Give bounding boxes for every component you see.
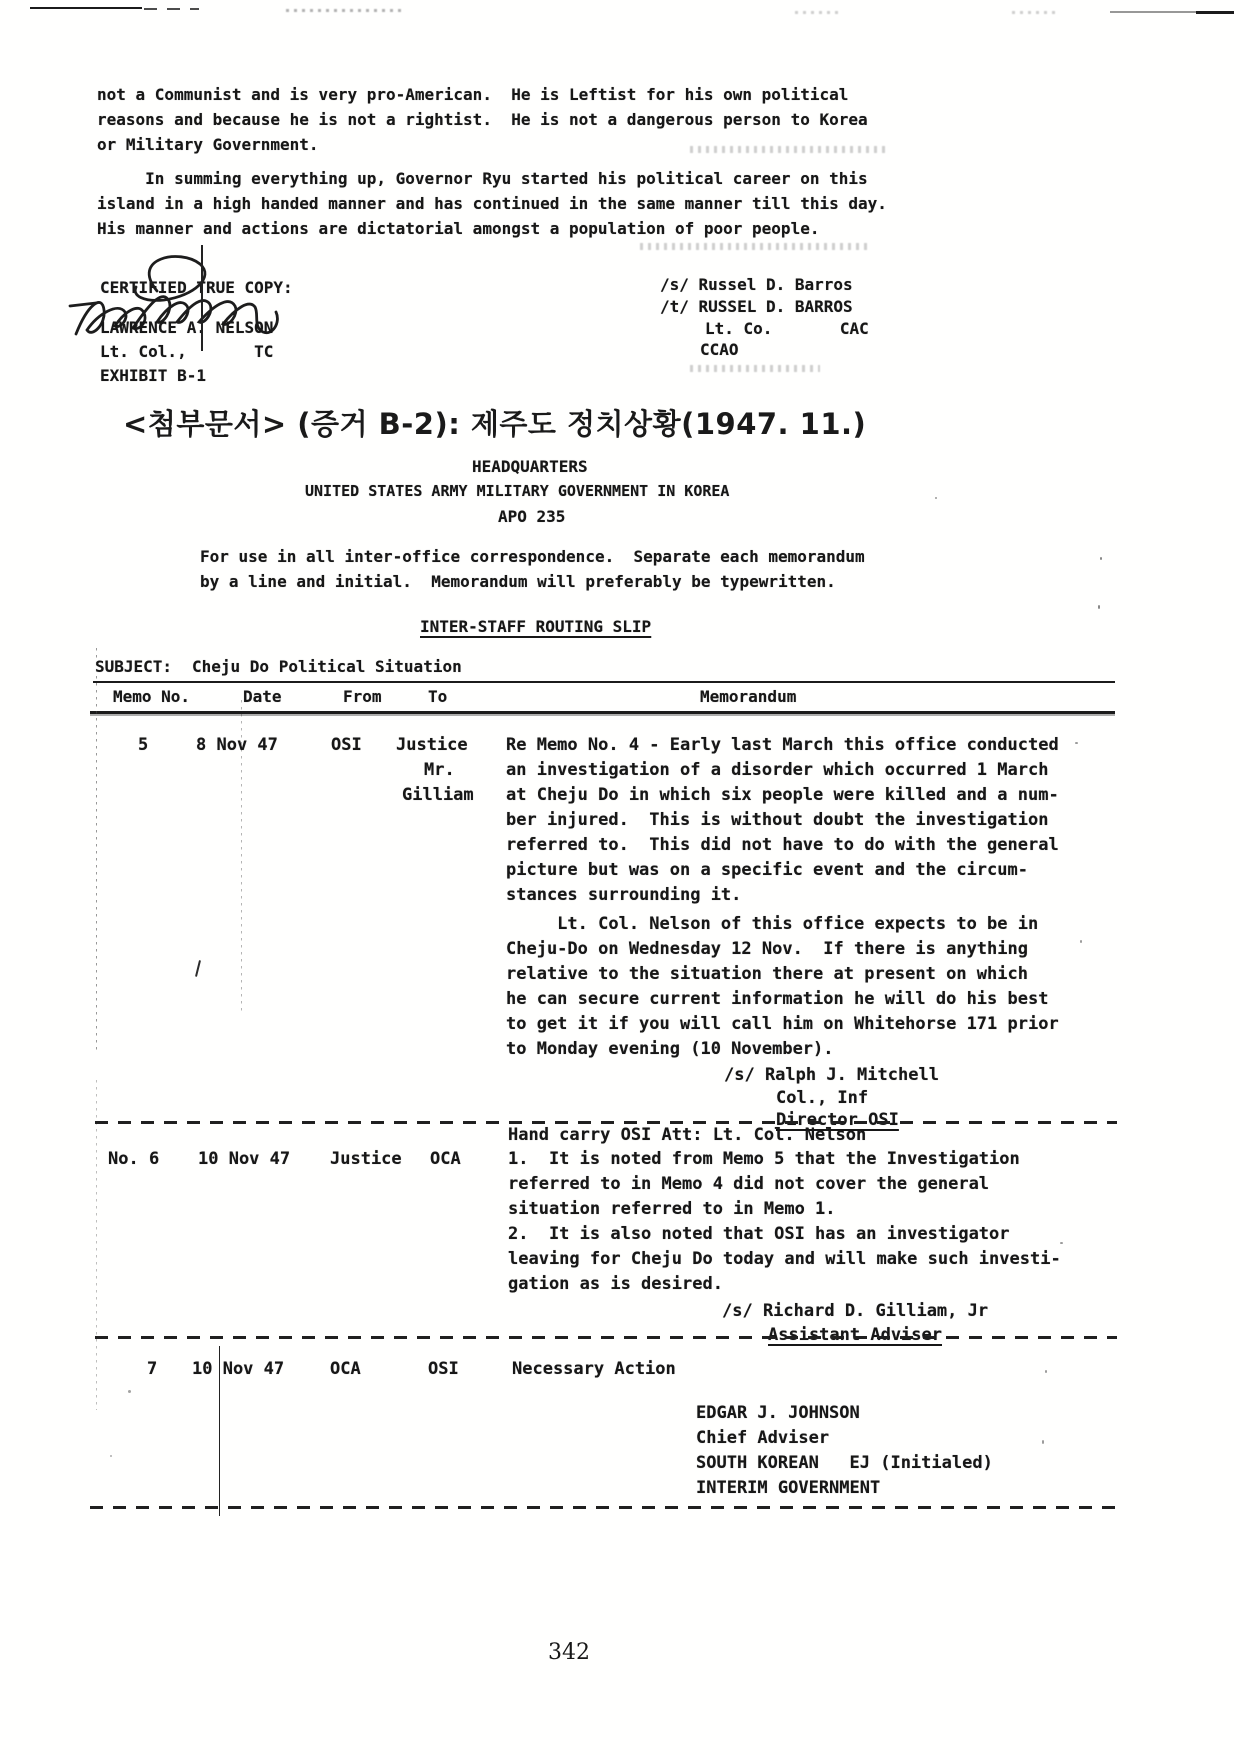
scan-artifact-smudge <box>1012 11 1060 14</box>
memo6-hand-carry: Hand carry OSI Att: Lt. Col. Nelson <box>508 1126 866 1146</box>
memo6-body-line: gation as is desired. <box>508 1275 723 1295</box>
signed-rank-line: Lt. Co. CAC <box>705 320 869 338</box>
scan-artifact-dotted-vline <box>96 1080 97 1410</box>
memo5-body-line: stances surrounding it. <box>506 886 741 906</box>
scan-speck <box>935 497 937 499</box>
scan-artifact-line <box>1196 11 1234 14</box>
memo6-body-line: 2. It is also noted that OSI has an inve… <box>508 1225 1010 1245</box>
scan-speck <box>128 1390 131 1393</box>
memo5-body-line: he can secure current information he wil… <box>506 990 1048 1010</box>
certification-rank: Lt. Col., TC <box>100 343 273 361</box>
memo5-body-line: Lt. Col. Nelson of this office expects t… <box>506 915 1038 935</box>
signed-s-line: /s/ Russel D. Barros <box>660 276 853 294</box>
scan-speck <box>1080 940 1082 943</box>
memo5-to: Gilliam <box>402 786 474 806</box>
scan-artifact-smudge <box>640 243 870 250</box>
memo5-signature-line: /s/ Ralph J. Mitchell <box>724 1066 939 1086</box>
memo6-signature-line: /s/ Richard D. Gilliam, Jr <box>722 1302 988 1322</box>
memo6-from: Justice <box>330 1150 402 1170</box>
letterhead-line1: HEADQUARTERS <box>472 458 588 476</box>
memo6-to: OCA <box>430 1150 461 1170</box>
memo7-from: OCA <box>330 1360 361 1380</box>
memo5-body-line: relative to the situation there at prese… <box>506 965 1028 985</box>
instructions-line: by a line and initial. Memorandum will p… <box>200 573 836 591</box>
column-header-to: To <box>428 688 447 706</box>
scan-artifact-pen-mark <box>195 960 201 977</box>
korean-attachment-heading: <첨부문서> (증거 B-2): 제주도 정치상황(1947. 11.) <box>123 402 866 443</box>
scan-artifact-smudge <box>795 11 839 14</box>
memo5-signature-line: Col., Inf <box>776 1089 868 1109</box>
scan-speck <box>110 1455 112 1457</box>
column-header-from: From <box>343 688 382 706</box>
memo5-body-line: an investigation of a disorder which occ… <box>506 761 1048 781</box>
scan-artifact-vertical-line <box>201 245 203 351</box>
intro-paragraph-line: or Military Government. <box>97 136 319 154</box>
certification-name: LAWRENCE A. NELSON <box>100 319 273 337</box>
memo5-number: 5 <box>138 736 148 756</box>
memo7-signature-line: EDGAR J. JOHNSON <box>696 1404 860 1424</box>
memo5-body-line: to Monday evening (10 November). <box>506 1040 834 1060</box>
scan-artifact-dotted-vline <box>96 648 97 1053</box>
intro-paragraph-line: not a Communist and is very pro-American… <box>97 86 848 104</box>
memo5-to: Mr. <box>424 761 455 781</box>
scan-speck <box>1075 742 1078 744</box>
scan-speck <box>1045 1370 1047 1373</box>
memo-separator-dashed-line <box>95 1121 1117 1124</box>
memo5-date: 8 Nov 47 <box>196 736 278 756</box>
subject-value: Cheju Do Political Situation <box>192 658 462 676</box>
scan-speck <box>1042 1440 1044 1444</box>
scan-artifact-smudge <box>690 365 820 372</box>
scan-artifact-smudge <box>286 9 404 12</box>
signed-office: CCAO <box>700 341 739 359</box>
memo6-date: 10 Nov 47 <box>198 1150 290 1170</box>
subject-underline <box>93 681 1115 683</box>
column-header-date: Date <box>243 688 282 706</box>
letterhead-line3: APO 235 <box>498 508 565 526</box>
memo7-number: 7 <box>147 1360 157 1380</box>
memo5-body-line: Cheju-Do on Wednesday 12 Nov. If there i… <box>506 940 1028 960</box>
letterhead-line2: UNITED STATES ARMY MILITARY GOVERNMENT I… <box>305 483 729 500</box>
memo5-body-line: at Cheju Do in which six people were kil… <box>506 786 1059 806</box>
scan-speck <box>1060 1242 1063 1244</box>
memo6-body-line: 1. It is noted from Memo 5 that the Inve… <box>508 1150 1020 1170</box>
memo5-body-line: ber injured. This is without doubt the i… <box>506 811 1048 831</box>
memo6-body-line: leaving for Cheju Do today and will make… <box>508 1250 1061 1270</box>
scanned-document-page: not a Communist and is very pro-American… <box>0 0 1240 1755</box>
memo5-body-line: Re Memo No. 4 - Early last March this of… <box>506 736 1059 756</box>
memo-separator-dashed-line <box>90 1506 1120 1509</box>
memo6-number: No. 6 <box>108 1150 159 1170</box>
memo7-signature-line: Chief Adviser <box>696 1429 829 1449</box>
memo7-action: Necessary Action <box>512 1360 676 1380</box>
intro-paragraph-line: His manner and actions are dictatorial a… <box>97 220 819 238</box>
memo5-body-line: referred to. This did not have to do wit… <box>506 836 1059 856</box>
memo-separator-dashed-line <box>95 1336 1117 1339</box>
memo6-body-line: situation referred to in Memo 1. <box>508 1200 836 1220</box>
memo5-to: Justice <box>396 736 468 756</box>
certification-exhibit: EXHIBIT B-1 <box>100 367 206 385</box>
column-header-memo-no: Memo No. <box>113 688 190 706</box>
routing-slip-title: INTER-STAFF ROUTING SLIP <box>420 618 651 636</box>
scan-speck <box>1100 557 1102 560</box>
memo6-body-line: referred to in Memo 4 did not cover the … <box>508 1175 989 1195</box>
scan-artifact-smudge <box>690 146 890 153</box>
page-number: 342 <box>548 1640 590 1665</box>
memo7-date: 10 Nov 47 <box>192 1360 284 1380</box>
scan-artifact-vertical-line <box>219 1346 220 1516</box>
instructions-line: For use in all inter-office corresponden… <box>200 548 865 566</box>
memo7-to: OSI <box>428 1360 459 1380</box>
scan-artifact-line <box>30 7 142 9</box>
intro-paragraph-line: reasons and because he is not a rightist… <box>97 111 868 129</box>
intro-paragraph-line: In summing everything up, Governor Ryu s… <box>97 170 868 188</box>
memo5-body-line: to get it if you will call him on Whiteh… <box>506 1015 1059 1035</box>
table-header-rule <box>90 711 1115 714</box>
subject-label: SUBJECT: <box>95 658 172 676</box>
column-header-memorandum: Memorandum <box>700 688 796 706</box>
handwritten-signature <box>62 244 312 354</box>
signed-t-line: /t/ RUSSEL D. BARROS <box>660 298 853 316</box>
memo7-signature-line: SOUTH KOREAN EJ (Initialed) <box>696 1454 993 1474</box>
scan-speck <box>1098 605 1100 609</box>
memo7-signature-line: INTERIM GOVERNMENT <box>696 1479 880 1499</box>
intro-paragraph-line: island in a high handed manner and has c… <box>97 195 887 213</box>
memo5-body-line: picture but was on a specific event and … <box>506 861 1028 881</box>
memo5-from: OSI <box>331 736 362 756</box>
scan-artifact-dashes <box>144 8 199 10</box>
